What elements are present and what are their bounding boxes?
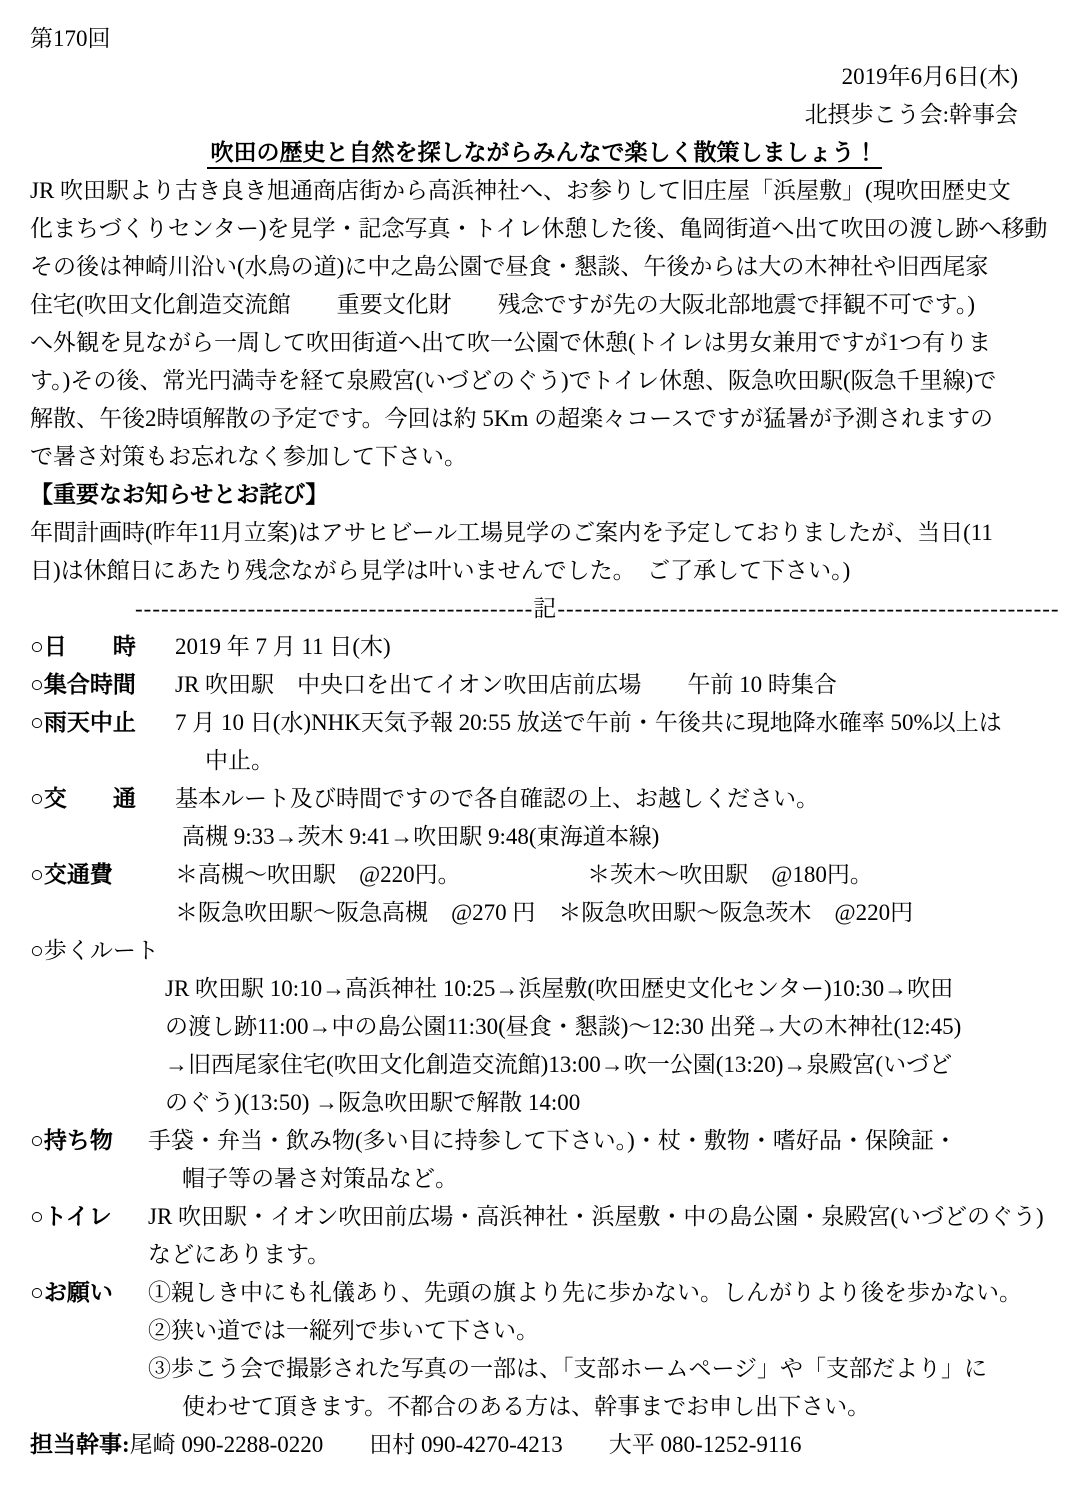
contact-line: 担当幹事:尾崎 090-2288-0220 田村 090-4270-4213 大… — [30, 1426, 1058, 1464]
title-row: 吹田の歴史と自然を探しながらみんなで楽しく散策しましょう！ — [30, 134, 1058, 172]
item-requests-label: ○お願い — [30, 1274, 148, 1312]
item-meeting: ○集合時間JR 吹田駅 中央口を出てイオン吹田店前広場 午前 10 時集合 — [30, 666, 1058, 704]
issue-date: 2019年6月6日(木) — [30, 58, 1058, 96]
item-belongings-value: 手袋・弁当・飲み物(多い目に持参して下さい。)・杖・敷物・嗜好品・保険証・ — [148, 1128, 957, 1153]
item-walk-route: ○歩くルート — [30, 932, 1058, 970]
item-walk-route-line-3: →旧西尾家住宅(吹田文化創造交流館)13:00→吹一公園(13:20)→泉殿宮(… — [30, 1046, 1058, 1084]
item-transport-value: 基本ルート及び時間ですので各自確認の上、お越しください。 — [175, 786, 819, 811]
item-date-time-value: 2019 年 7 月 11 日(木) — [175, 634, 391, 659]
issue-number: 第170回 — [30, 20, 1058, 58]
intro-line-1: JR 吹田駅より古き良き旭通商店街から高浜神社へ、お参りして旧庄屋「浜屋敷」(現… — [30, 172, 1058, 210]
divider-label: 記 — [533, 596, 557, 621]
notice-line-1: 年間計画時(昨年11月立案)はアサヒビール工場見学のご案内を予定しておりましたが… — [30, 514, 1058, 552]
item-requests: ○お願い①親しき中にも礼儀あり、先頭の旗より先に歩かない。しんがりより後を歩かな… — [30, 1274, 1058, 1312]
item-rain-cancel-label: ○雨天中止 — [30, 704, 175, 742]
item-toilet-value: JR 吹田駅・イオン吹田前広場・高浜神社・浜屋敷・中の島公園・泉殿宮(いづどのぐ… — [148, 1204, 1044, 1229]
intro-line-8: で暑さ対策もお忘れなく参加して下さい。 — [30, 438, 1058, 476]
intro-line-2: 化まちづくりセンター)を見学・記念写真・トイレ休憩した後、亀岡街道へ出て吹田の渡… — [30, 210, 1058, 248]
item-transport: ○交 通基本ルート及び時間ですので各自確認の上、お越しください。 — [30, 780, 1058, 818]
item-walk-route-line-4: のぐう)(13:50) →阪急吹田駅で解散 14:00 — [30, 1084, 1058, 1122]
item-walk-route-line-2: の渡し跡11:00→中の島公園11:30(昼食・懇談)〜12:30 出発→大の木… — [30, 1008, 1058, 1046]
item-rain-cancel: ○雨天中止7 月 10 日(水)NHK天気予報 20:55 放送で午前・午後共に… — [30, 704, 1058, 742]
item-walk-route-label: ○歩くルート — [30, 932, 159, 970]
divider-dashes-left: ----------------------------------------… — [135, 596, 533, 621]
item-fare-label: ○交通費 — [30, 856, 175, 894]
contact-text: 尾崎 090-2288-0220 田村 090-4270-4213 大平 080… — [130, 1432, 802, 1457]
record-divider: ----------------------------------------… — [30, 590, 1058, 628]
intro-line-4: 住宅(吹田文化創造交流館 重要文化財 残念ですが先の大阪北部地震で拝観不可です。… — [30, 286, 1058, 324]
intro-line-3: その後は神崎川沿い(水鳥の道)に中之島公園で昼食・懇談、午後からは大の木神社や旧… — [30, 248, 1058, 286]
document-page: 第170回 2019年6月6日(木) 北摂歩こう会:幹事会 吹田の歴史と自然を探… — [0, 0, 1088, 1464]
item-walk-route-line-1: JR 吹田駅 10:10→高浜神社 10:25→浜屋敷(吹田歴史文化センター)1… — [30, 970, 1058, 1008]
document-title: 吹田の歴史と自然を探しながらみんなで楽しく散策しましょう！ — [207, 140, 882, 169]
item-toilet-line-2: などにあります。 — [30, 1236, 1058, 1274]
organizer-line: 北摂歩こう会:幹事会 — [30, 96, 1058, 134]
item-meeting-value: JR 吹田駅 中央口を出てイオン吹田店前広場 午前 10 時集合 — [175, 672, 837, 697]
notice-heading: 【重要なお知らせとお詫び】 — [30, 476, 1058, 514]
item-toilet: ○トイレJR 吹田駅・イオン吹田前広場・高浜神社・浜屋敷・中の島公園・泉殿宮(い… — [30, 1198, 1058, 1236]
item-rain-cancel-line-2: 中止。 — [30, 742, 1058, 780]
item-belongings-label: ○持ち物 — [30, 1122, 148, 1160]
item-meeting-label: ○集合時間 — [30, 666, 175, 704]
item-belongings: ○持ち物手袋・弁当・飲み物(多い目に持参して下さい。)・杖・敷物・嗜好品・保険証… — [30, 1122, 1058, 1160]
item-rain-cancel-value: 7 月 10 日(水)NHK天気予報 20:55 放送で午前・午後共に現地降水確… — [175, 710, 1002, 735]
contact-label: 担当幹事: — [30, 1432, 130, 1457]
item-requests-line-3: ③歩こう会で撮影された写真の一部は、「支部ホームページ」や「支部だより」に — [30, 1350, 1058, 1388]
item-date-time-label: ○日 時 — [30, 628, 175, 666]
intro-line-6: す。)その後、常光円満寺を経て泉殿宮(いづどのぐう)でトイレ休憩、阪急吹田駅(阪… — [30, 362, 1058, 400]
item-transport-line-2: 高槻 9:33→茨木 9:41→吹田駅 9:48(東海道本線) — [30, 818, 1058, 856]
item-requests-line-4: 使わせて頂きます。不都合のある方は、幹事までお申し出下さい。 — [30, 1388, 1058, 1426]
item-transport-label: ○交 通 — [30, 780, 175, 818]
item-date-time: ○日 時2019 年 7 月 11 日(木) — [30, 628, 1058, 666]
notice-line-2: 日)は休館日にあたり残念ながら見学は叶いませんでした。 ご了承して下さい。) — [30, 552, 1058, 590]
divider-dashes-right: ----------------------------------------… — [557, 596, 1059, 621]
item-belongings-line-2: 帽子等の暑さ対策品など。 — [30, 1160, 1058, 1198]
item-fare-line-2: ＊阪急吹田駅〜阪急高槻 @270 円 ＊阪急吹田駅〜阪急茨木 @220円 — [30, 894, 1058, 932]
item-requests-line-2: ②狭い道では一縦列で歩いて下さい。 — [30, 1312, 1058, 1350]
item-toilet-label: ○トイレ — [30, 1198, 148, 1236]
item-requests-value: ①親しき中にも礼儀あり、先頭の旗より先に歩かない。しんがりより後を歩かない。 — [148, 1280, 1022, 1305]
item-fare: ○交通費＊高槻〜吹田駅 @220円。 ＊茨木〜吹田駅 @180円。 — [30, 856, 1058, 894]
intro-line-5: へ外観を見ながら一周して吹田街道へ出て吹一公園で休憩(トイレは男女兼用ですが1つ… — [30, 324, 1058, 362]
intro-paragraph: JR 吹田駅より古き良き旭通商店街から高浜神社へ、お参りして旧庄屋「浜屋敷」(現… — [30, 172, 1058, 476]
intro-line-7: 解散、午後2時頃解散の予定です。今回は約 5Km の超楽々コースですが猛暑が予測… — [30, 400, 1058, 438]
item-fare-value: ＊高槻〜吹田駅 @220円。 ＊茨木〜吹田駅 @180円。 — [175, 862, 873, 887]
